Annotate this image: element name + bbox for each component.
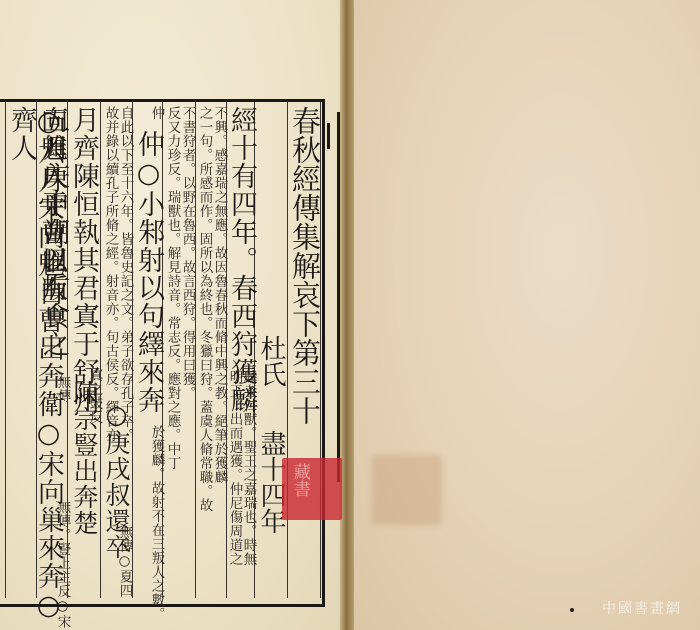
chapter-title: 春秋經傳集解哀下第三十	[290, 106, 319, 425]
commentary-column: 不書狩者。以野在魯西。故言西狩。得用曰獲。	[180, 106, 194, 400]
commentary-column: 自此以下至十六年。皆魯史記之文。弟子欲存孔子卒。	[118, 106, 132, 442]
seal-inscription: 藏書	[290, 463, 308, 497]
commentary-column: 麟者仁獸。聖王之嘉瑞也。時無	[241, 370, 255, 566]
commentary-column: 於獲麟。故射不在三叛人之數。	[149, 425, 163, 621]
watermark: 中國書畫網	[602, 598, 682, 618]
right-page-blank	[354, 0, 700, 630]
fishtail-mark	[327, 123, 330, 149]
ink-speck	[570, 608, 574, 612]
commentary-column: 無傳○夏四	[117, 525, 131, 598]
author-name: 杜氏	[258, 335, 284, 387]
book-spread: 春秋經傳集解哀下第三十 杜氏 盡十四年 經十有四年。春西狩獲麟 麟者仁獸。聖王之…	[0, 0, 700, 630]
commentary-column: 故并錄以續孔子所脩之經。射音亦。句古侯反。繹音亦	[103, 106, 117, 442]
classic-text-column: 仲○小邾射以句繹來奔	[135, 130, 162, 414]
book-gutter	[340, 0, 354, 630]
classic-text-column: 經十有四年。春西狩獲麟	[228, 106, 255, 414]
commentary-column: 之一句。所感而作。固所以為終也。冬獵曰狩。蓋虞人脩常職。故	[197, 106, 211, 512]
paper-stain	[372, 455, 442, 525]
commentary-column: 不興。感嘉瑞之無應。故因魯春秋而脩中興之教。絕筆於獲麟	[212, 106, 226, 484]
classic-text-column: 陳宗豎出奔楚	[72, 380, 97, 536]
commentary-column: 仲	[149, 106, 163, 120]
classic-text-column: ○六月宋向魋自曹出奔衛○宋向巢來奔○齊人	[8, 106, 62, 630]
center-fold-rule	[337, 112, 340, 482]
column-rule	[5, 102, 6, 598]
column-rule	[100, 102, 101, 598]
scope-note: 盡十四年	[258, 430, 284, 534]
commentary-column: 明王。出而遇獲。仲尼傷周道之	[227, 370, 241, 566]
commentary-column: 反又力珍反。瑞獸也。解見詩音。常志反。應對之應。中丁	[165, 106, 179, 470]
